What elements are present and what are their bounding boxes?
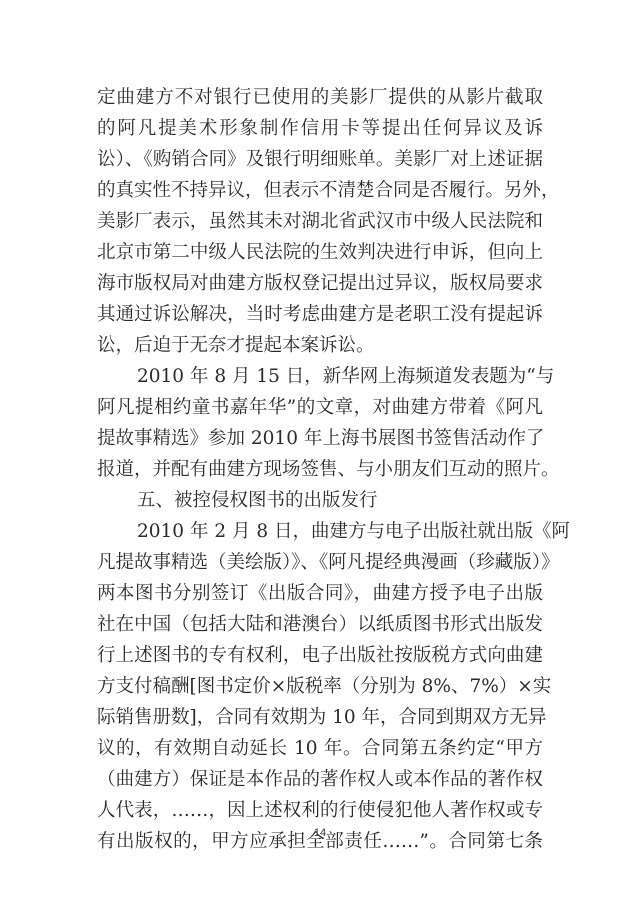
- text-line: 北京市第二中级人民法院的生效判决进行申诉，但向上: [97, 237, 543, 268]
- text-line: 行上述图书的专有权利，电子出版社按版税方式向曲建: [97, 640, 543, 671]
- text-line: 报道，并配有曲建方现场签售、与小朋友们互动的照片。: [97, 454, 543, 485]
- text-line: 定曲建方不对银行已使用的美影厂提供的从影片截取: [97, 82, 543, 113]
- paragraph-start-line: 2010 年 8 月 15 日，新华网上海频道发表题为“与: [97, 361, 543, 392]
- section-heading: 五、被控侵权图书的出版发行: [97, 485, 543, 516]
- text-line: 人代表，……，因上述权利的行使侵犯他人著作权或专: [97, 795, 543, 826]
- text-line: 方支付稿酬[图书定价×版税率（分别为 8%、7%）×实: [97, 671, 543, 702]
- text-line: 际销售册数]，合同有效期为 10 年，合同到期双方无异: [97, 702, 543, 733]
- text-line: 讼）、《购销合同》及银行明细账单。美影厂对上述证据: [97, 144, 543, 175]
- text-line: 海市版权局对曲建方版权登记提出过异议，版权局要求: [97, 268, 543, 299]
- text-line: 社在中国（包括大陆和港澳台）以纸质图书形式出版发: [97, 609, 543, 640]
- text-line: 美影厂表示，虽然其未对湖北省武汉市中级人民法院和: [97, 206, 543, 237]
- text-line: 阿凡提相约童书嘉年华”的文章，对曲建方带着《阿凡: [97, 392, 543, 423]
- text-line: 凡提故事精选（美绘版）》、《阿凡提经典漫画（珍藏版）》: [97, 547, 543, 578]
- text-line: （曲建方）保证是本作品的著作权人或本作品的著作权: [97, 764, 543, 795]
- text-line: 其通过诉讼解决，当时考虑曲建方是老职工没有提起诉: [97, 299, 543, 330]
- text-line: 的真实性不持异议，但表示不清楚合同是否履行。另外，: [97, 175, 543, 206]
- text-line: 议的，有效期自动延长 10 年。合同第五条约定“甲方: [97, 733, 543, 764]
- document-body: 定曲建方不对银行已使用的美影厂提供的从影片截取 的阿凡提美术形象制作信用卡等提出…: [97, 82, 543, 857]
- page-number: 14: [0, 827, 640, 839]
- text-line: 两本图书分别签订《出版合同》，曲建方授予电子出版: [97, 578, 543, 609]
- text-line: 提故事精选》参加 2010 年上海书展图书签售活动作了: [97, 423, 543, 454]
- document-page: 定曲建方不对银行已使用的美影厂提供的从影片截取 的阿凡提美术形象制作信用卡等提出…: [0, 0, 640, 905]
- paragraph-start-line: 2010 年 2 月 8 日，曲建方与电子出版社就出版《阿: [97, 516, 543, 547]
- text-line: 讼，后迫于无奈才提起本案诉讼。: [97, 330, 543, 361]
- text-line: 的阿凡提美术形象制作信用卡等提出任何异议及诉: [97, 113, 543, 144]
